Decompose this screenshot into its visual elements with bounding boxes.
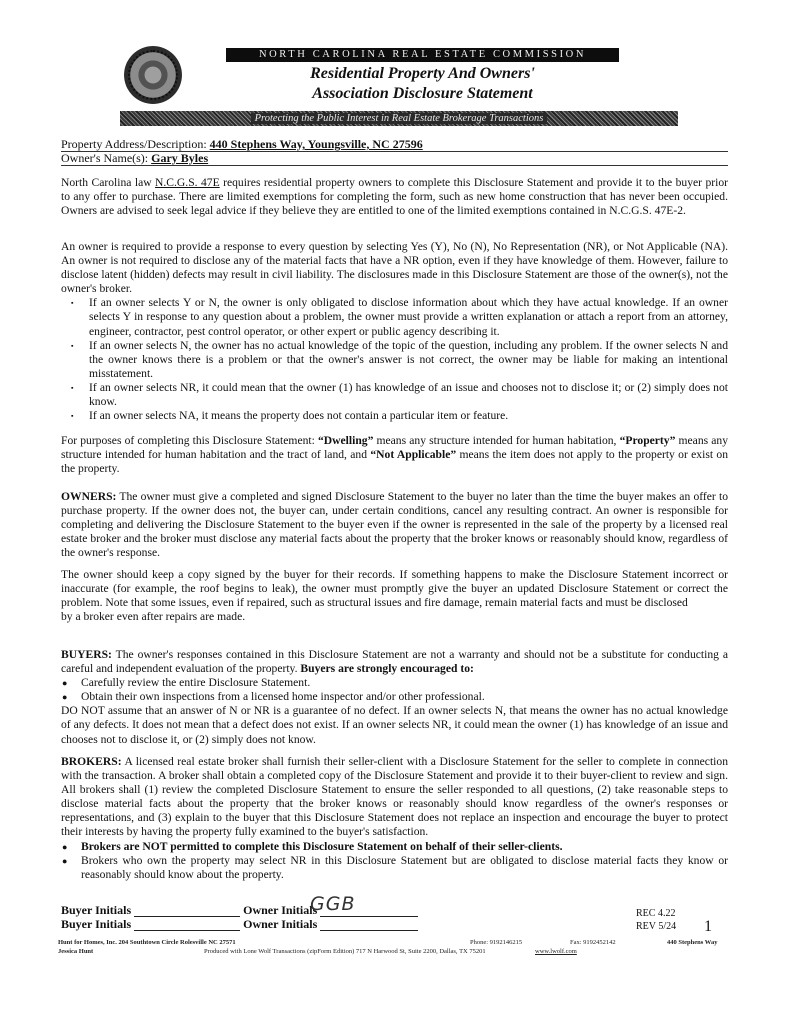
buyer-initials-row-1: Buyer Initials Owner Initials <box>61 903 418 917</box>
owner-response-paragraph: An owner is required to provide a respon… <box>61 240 728 423</box>
intro-text-a: North Carolina law <box>61 176 155 189</box>
bullet-y-or-n: If an owner selects Y or N, the owner is… <box>61 296 728 338</box>
tagline-text: Protecting the Public Interest in Real E… <box>251 113 548 124</box>
response-options-text: An owner is required to provide a respon… <box>61 240 728 296</box>
statute-link[interactable]: N.C.G.S. 47E <box>155 176 220 189</box>
owners-section: OWNERS: The owner must give a completed … <box>61 490 728 560</box>
intro-paragraph: North Carolina law N.C.G.S. 47E requires… <box>61 176 728 218</box>
disclosure-page: NORTH CAROLINA REAL ESTATE COMMISSION Re… <box>0 0 791 1024</box>
owner-copy-tail: by a broker even after repairs are made. <box>61 610 728 624</box>
buyers-heading: BUYERS: <box>61 648 112 661</box>
footer-document-name: 440 Stephens Way <box>667 938 717 947</box>
property-address-label: Property Address/Description: <box>61 137 207 151</box>
buyer-initials-label: Buyer Initials <box>61 917 131 931</box>
form-title: Residential Property And Owners' Associa… <box>226 64 619 104</box>
owner-copy-text: The owner should keep a copy signed by t… <box>61 568 728 610</box>
page-number: 1 <box>704 918 712 936</box>
footer-agent: Jessica Hunt <box>58 947 93 956</box>
brokers-heading: BROKERS: <box>61 755 122 768</box>
commission-banner: NORTH CAROLINA REAL ESTATE COMMISSION <box>226 48 619 62</box>
buyer-initials-label: Buyer Initials <box>61 903 131 917</box>
bullet-nr: If an owner selects NR, it could mean th… <box>61 381 728 409</box>
footer-office: Hunt for Homes, Inc. 204 Southtown Circl… <box>58 938 236 947</box>
footer-website-link[interactable]: www.lwolf.com <box>535 947 577 956</box>
term-not-applicable: “Not Applicable” <box>370 448 456 461</box>
buyers-bullet-review: Carefully review the entire Disclosure S… <box>61 676 728 690</box>
rev-date: REV 5/24 <box>636 921 676 933</box>
term-property: “Property” <box>620 434 676 447</box>
definitions-paragraph: For purposes of completing this Disclosu… <box>61 434 728 476</box>
brokers-bullets: Brokers are NOT permitted to complete th… <box>61 840 728 882</box>
buyer-initials-input-1[interactable] <box>134 904 240 917</box>
footer-fax: Fax: 9192452142 <box>570 938 616 947</box>
buyers-bullet-inspect: Obtain their own inspections from a lice… <box>61 690 728 704</box>
brokers-bullet-bold-text: Brokers are NOT permitted to complete th… <box>81 840 563 853</box>
buyers-emphasis: Buyers are strongly encouraged to: <box>300 662 473 675</box>
state-seal-icon <box>124 46 182 104</box>
definitions-text: For purposes of completing this Disclosu… <box>61 434 318 447</box>
owners-heading: OWNERS: <box>61 490 116 503</box>
buyers-bullets: Carefully review the entire Disclosure S… <box>61 676 728 704</box>
definitions-text: means any structure intended for human h… <box>373 434 619 447</box>
bullet-n: If an owner selects N, the owner has no … <box>61 339 728 381</box>
form-title-line-2: Association Disclosure Statement <box>226 84 619 104</box>
owners-text: The owner must give a completed and sign… <box>61 490 728 559</box>
tagline-banner: Protecting the Public Interest in Real E… <box>120 111 678 126</box>
buyers-intro: BUYERS: The owner's responses contained … <box>61 648 728 676</box>
owner-initials-input-2[interactable] <box>320 918 418 931</box>
brokers-bullet-owner-brokers: Brokers who own the property may select … <box>61 854 728 882</box>
brokers-intro: BROKERS: A licensed real estate broker s… <box>61 755 728 840</box>
buyers-warning: DO NOT assume that an answer of N or NR … <box>61 704 728 746</box>
brokers-text: A licensed real estate broker shall furn… <box>61 755 728 838</box>
owner-name-label: Owner's Name(s): <box>61 151 148 165</box>
form-title-line-1: Residential Property And Owners' <box>226 64 619 84</box>
term-dwelling: “Dwelling” <box>318 434 373 447</box>
owner-initials-label: Owner Initials <box>243 917 317 931</box>
property-address-value[interactable]: 440 Stephens Way, Youngsville, NC 27596 <box>210 137 423 151</box>
brokers-section: BROKERS: A licensed real estate broker s… <box>61 755 728 882</box>
rec-number: REC 4.22 <box>636 908 675 920</box>
footer-phone: Phone: 9192146215 <box>470 938 522 947</box>
buyers-section: BUYERS: The owner's responses contained … <box>61 648 728 747</box>
buyer-initials-row-2: Buyer Initials Owner Initials <box>61 917 418 931</box>
buyer-initials-input-2[interactable] <box>134 918 240 931</box>
property-address-field[interactable]: Property Address/Description: 440 Stephe… <box>61 137 728 152</box>
footer-produced-by: Produced with Lone Wolf Transactions (zi… <box>204 947 486 956</box>
owner-handwritten-initials: GGB <box>310 893 355 915</box>
response-bullets: If an owner selects Y or N, the owner is… <box>61 296 728 423</box>
owner-name-field[interactable]: Owner's Name(s): Gary Byles <box>61 151 728 166</box>
bullet-na: If an owner selects NA, it means the pro… <box>61 409 728 423</box>
brokers-bullet-not-permitted: Brokers are NOT permitted to complete th… <box>61 840 728 854</box>
owner-copy-paragraph: The owner should keep a copy signed by t… <box>61 568 728 624</box>
owner-name-value[interactable]: Gary Byles <box>151 151 208 165</box>
owner-initials-label: Owner Initials <box>243 903 317 917</box>
